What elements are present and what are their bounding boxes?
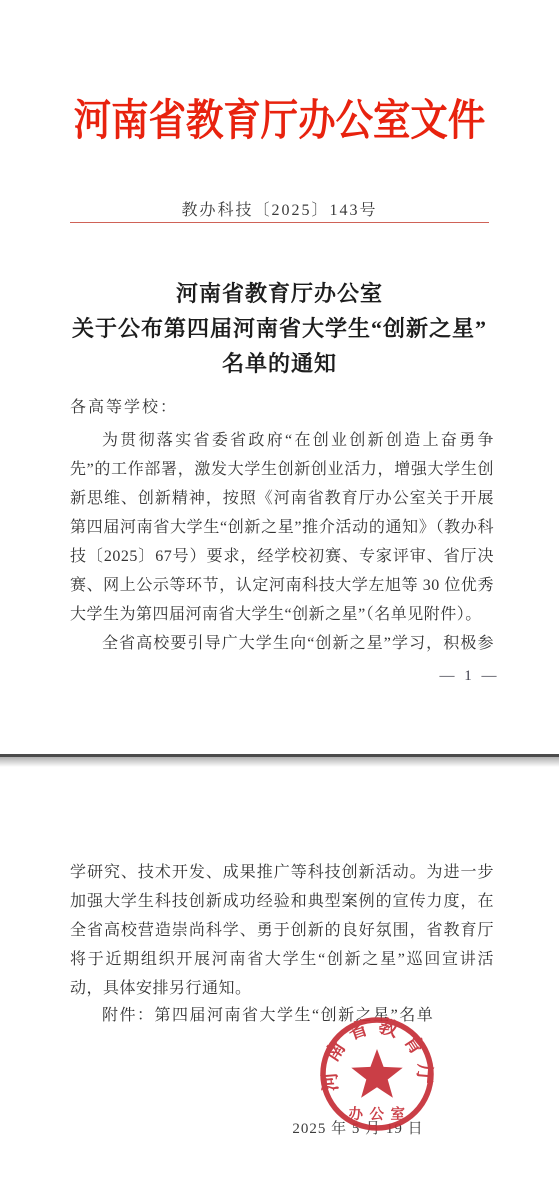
seal-bottom-text: 办公室 — [349, 1105, 412, 1123]
document-red-header-text: 河南省教育厅办公室文件 — [74, 94, 486, 150]
star-icon — [351, 1049, 402, 1098]
document-number: 教办科技〔2025〕143号 — [0, 197, 559, 220]
document-viewer: 河南省教育厅办公室文件 教办科技〔2025〕143号 河南省教育厅办公室 关于公… — [0, 0, 559, 1183]
official-seal-graphic: 河南省教育厅 办公室 — [314, 1012, 440, 1138]
paragraph-1: 为贯彻落实省委省政府“在创业创新创造上奋勇争先”的工作部署，激发大学生创新创业活… — [70, 426, 494, 629]
document-title-line3: 名单的通知 — [40, 346, 519, 381]
official-seal: 河南省教育厅 办公室 — [314, 1012, 440, 1138]
salutation: 各高等学校： — [70, 394, 178, 417]
paragraph-2-start: 全省高校要引导广大学生向“创新之星”学习，积极参与科 — [70, 629, 494, 659]
document-title-line2: 关于公布第四届河南省大学生“创新之星” — [40, 311, 519, 346]
page2-body: 学研究、技术开发、成果推广等科技创新活动。为进一步加强大学生科技创新成功经验和典… — [70, 858, 494, 1003]
document-title-line1: 河南省教育厅办公室 — [40, 276, 519, 311]
page-separator-shadow — [0, 757, 559, 767]
document-red-header: 河南省教育厅办公室文件 — [0, 94, 559, 150]
red-divider-line — [70, 222, 489, 223]
paragraph-2-continuation: 学研究、技术开发、成果推广等科技创新活动。为进一步加强大学生科技创新成功经验和典… — [70, 858, 494, 1003]
page1-number: — 1 — — [380, 668, 559, 685]
page-separator — [0, 754, 559, 770]
page1-body: 为贯彻落实省委省政府“在创业创新创造上奋勇争先”的工作部署，激发大学生创新创业活… — [70, 426, 494, 659]
document-title: 河南省教育厅办公室 关于公布第四届河南省大学生“创新之星” 名单的通知 — [40, 276, 519, 381]
